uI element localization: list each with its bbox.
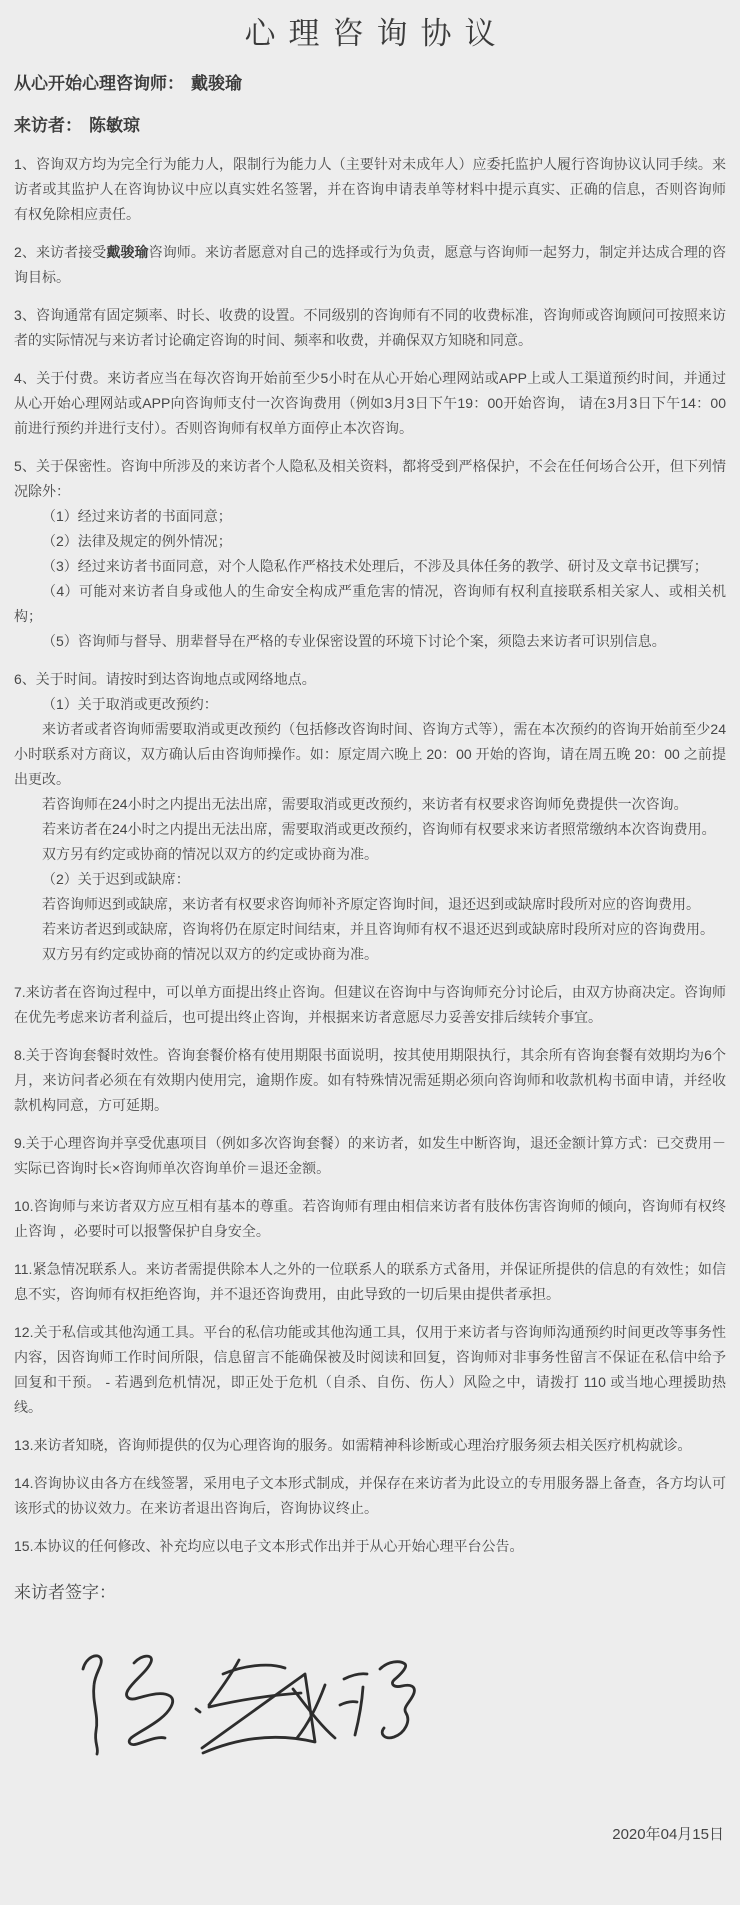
clause-paragraph: 1、咨询双方均为完全行为能力人，限制行为能力人（主要针对未成年人）应委托监护人履… [14, 152, 726, 227]
clause: 5、关于保密性。咨询中所涉及的来访者个人隐私及相关资料，都将受到严格保护，不会在… [14, 454, 726, 654]
clause: 10.咨询师与来访者双方应互相有基本的尊重。若咨询师有理由相信来访者有肢体伤害咨… [14, 1194, 726, 1244]
clause: 14.咨询协议由各方在线签署，采用电子文本形式制成，并保存在来访者为此设立的专用… [14, 1471, 726, 1521]
clause-paragraph: 15.本协议的任何修改、补充均应以电子文本形式作出并于从心开始心理平台公告。 [14, 1534, 726, 1559]
clause-paragraph: 双方另有约定或协商的情况以双方的约定或协商为准。 [14, 942, 726, 967]
clause-paragraph: 4、关于付费。来访者应当在每次咨询开始前至少5小时在从心开始心理网站或APP上或… [14, 366, 726, 441]
visitor-signature [72, 1647, 424, 1773]
counselor-label: 从心开始心理咨询师： [14, 74, 184, 93]
clause: 1、咨询双方均为完全行为能力人，限制行为能力人（主要针对未成年人）应委托监护人履… [14, 152, 726, 227]
clause-paragraph: 7.来访者在咨询过程中，可以单方面提出终止咨询。但建议在咨询中与咨询师充分讨论后… [14, 980, 726, 1030]
clause: 15.本协议的任何修改、补充均应以电子文本形式作出并于从心开始心理平台公告。 [14, 1534, 726, 1559]
clause-paragraph: 双方另有约定或协商的情况以双方的约定或协商为准。 [14, 842, 726, 867]
signature-image [72, 1647, 424, 1773]
clause-paragraph: （1）经过来访者的书面同意； [14, 504, 726, 529]
clause-paragraph: 3、咨询通常有固定频率、时长、收费的设置。不同级别的咨询师有不同的收费标准，咨询… [14, 303, 726, 353]
page-title: 心理咨询协议 [14, 14, 726, 54]
agreement-document: 心理咨询协议 从心开始心理咨询师：戴骏瑜 来访者：陈敏琼 1、咨询双方均为完全行… [0, 0, 740, 1905]
clause: 4、关于付费。来访者应当在每次咨询开始前至少5小时在从心开始心理网站或APP上或… [14, 366, 726, 441]
visitor-label: 来访者： [14, 116, 82, 135]
clause-paragraph: （2）关于迟到或缺席： [14, 867, 726, 892]
clause: 13.来访者知晓，咨询师提供的仅为心理咨询的服务。如需精神科诊断或心理治疗服务须… [14, 1433, 726, 1458]
clause-paragraph: 13.来访者知晓，咨询师提供的仅为心理咨询的服务。如需精神科诊断或心理治疗服务须… [14, 1433, 726, 1458]
clause: 6、关于时间。请按时到达咨询地点或网络地点。（1）关于取消或更改预约：来访者或者… [14, 667, 726, 967]
clause: 3、咨询通常有固定频率、时长、收费的设置。不同级别的咨询师有不同的收费标准，咨询… [14, 303, 726, 353]
clause-paragraph: 来访者或者咨询师需要取消或更改预约（包括修改咨询时间、咨询方式等），需在本次预约… [14, 717, 726, 792]
clause-paragraph: （4）可能对来访者自身或他人的生命安全构成严重危害的情况，咨询师有权利直接联系相… [14, 579, 726, 629]
clause-paragraph: 6、关于时间。请按时到达咨询地点或网络地点。 [14, 667, 726, 692]
counselor-line: 从心开始心理咨询师：戴骏瑜 [14, 72, 726, 96]
clause: 9.关于心理咨询并享受优惠项目（例如多次咨询套餐）的来访者，如发生中断咨询，退还… [14, 1131, 726, 1181]
clause-paragraph: 若来访者迟到或缺席，咨询将仍在原定时间结束，并且咨询师有权不退还迟到或缺席时段所… [14, 917, 726, 942]
clause-paragraph: 5、关于保密性。咨询中所涉及的来访者个人隐私及相关资料，都将受到严格保护，不会在… [14, 454, 726, 504]
clause-paragraph: 2、来访者接受戴骏瑜咨询师。来访者愿意对自己的选择或行为负责，愿意与咨询师一起努… [14, 240, 726, 290]
clause-paragraph: （3）经过来访者书面同意，对个人隐私作严格技术处理后，不涉及具体任务的教学、研讨… [14, 554, 726, 579]
clause-paragraph: 12.关于私信或其他沟通工具。平台的私信功能或其他沟通工具，仅用于来访者与咨询师… [14, 1320, 726, 1420]
signing-date: 2020年04月15日 [14, 1825, 726, 1845]
clause-paragraph: （1）关于取消或更改预约： [14, 692, 726, 717]
signature-label: 来访者签字： [14, 1581, 726, 1605]
clause-paragraph: 8.关于咨询套餐时效性。咨询套餐价格有使用期限书面说明，按其使用期限执行，其余所… [14, 1043, 726, 1118]
clause: 7.来访者在咨询过程中，可以单方面提出终止咨询。但建议在咨询中与咨询师充分讨论后… [14, 980, 726, 1030]
clause: 11.紧急情况联系人。来访者需提供除本人之外的一位联系人的联系方式备用，并保证所… [14, 1257, 726, 1307]
clause-paragraph: 10.咨询师与来访者双方应互相有基本的尊重。若咨询师有理由相信来访者有肢体伤害咨… [14, 1194, 726, 1244]
clause-paragraph: （5）咨询师与督导、朋辈督导在严格的专业保密设置的环境下讨论个案，须隐去来访者可… [14, 629, 726, 654]
clause-paragraph: 若咨询师迟到或缺席，来访者有权要求咨询师补齐原定咨询时间，退还迟到或缺席时段所对… [14, 892, 726, 917]
clauses: 1、咨询双方均为完全行为能力人，限制行为能力人（主要针对未成年人）应委托监护人履… [14, 152, 726, 1559]
clause-paragraph: 若来访者在24小时之内提出无法出席，需要取消或更改预约，咨询师有权要求来访者照常… [14, 817, 726, 842]
clause-paragraph: 11.紧急情况联系人。来访者需提供除本人之外的一位联系人的联系方式备用，并保证所… [14, 1257, 726, 1307]
clause-paragraph: 若咨询师在24小时之内提出无法出席，需要取消或更改预约，来访者有权要求咨询师免费… [14, 792, 726, 817]
clause-paragraph: （2）法律及规定的例外情况； [14, 529, 726, 554]
clause: 12.关于私信或其他沟通工具。平台的私信功能或其他沟通工具，仅用于来访者与咨询师… [14, 1320, 726, 1420]
clause: 2、来访者接受戴骏瑜咨询师。来访者愿意对自己的选择或行为负责，愿意与咨询师一起努… [14, 240, 726, 290]
clause: 8.关于咨询套餐时效性。咨询套餐价格有使用期限书面说明，按其使用期限执行，其余所… [14, 1043, 726, 1118]
visitor-name: 陈敏琼 [89, 116, 140, 135]
counselor-name: 戴骏瑜 [191, 74, 242, 93]
clause-paragraph: 14.咨询协议由各方在线签署，采用电子文本形式制成，并保存在来访者为此设立的专用… [14, 1471, 726, 1521]
clause-paragraph: 9.关于心理咨询并享受优惠项目（例如多次咨询套餐）的来访者，如发生中断咨询，退还… [14, 1131, 726, 1181]
visitor-line: 来访者：陈敏琼 [14, 114, 726, 138]
